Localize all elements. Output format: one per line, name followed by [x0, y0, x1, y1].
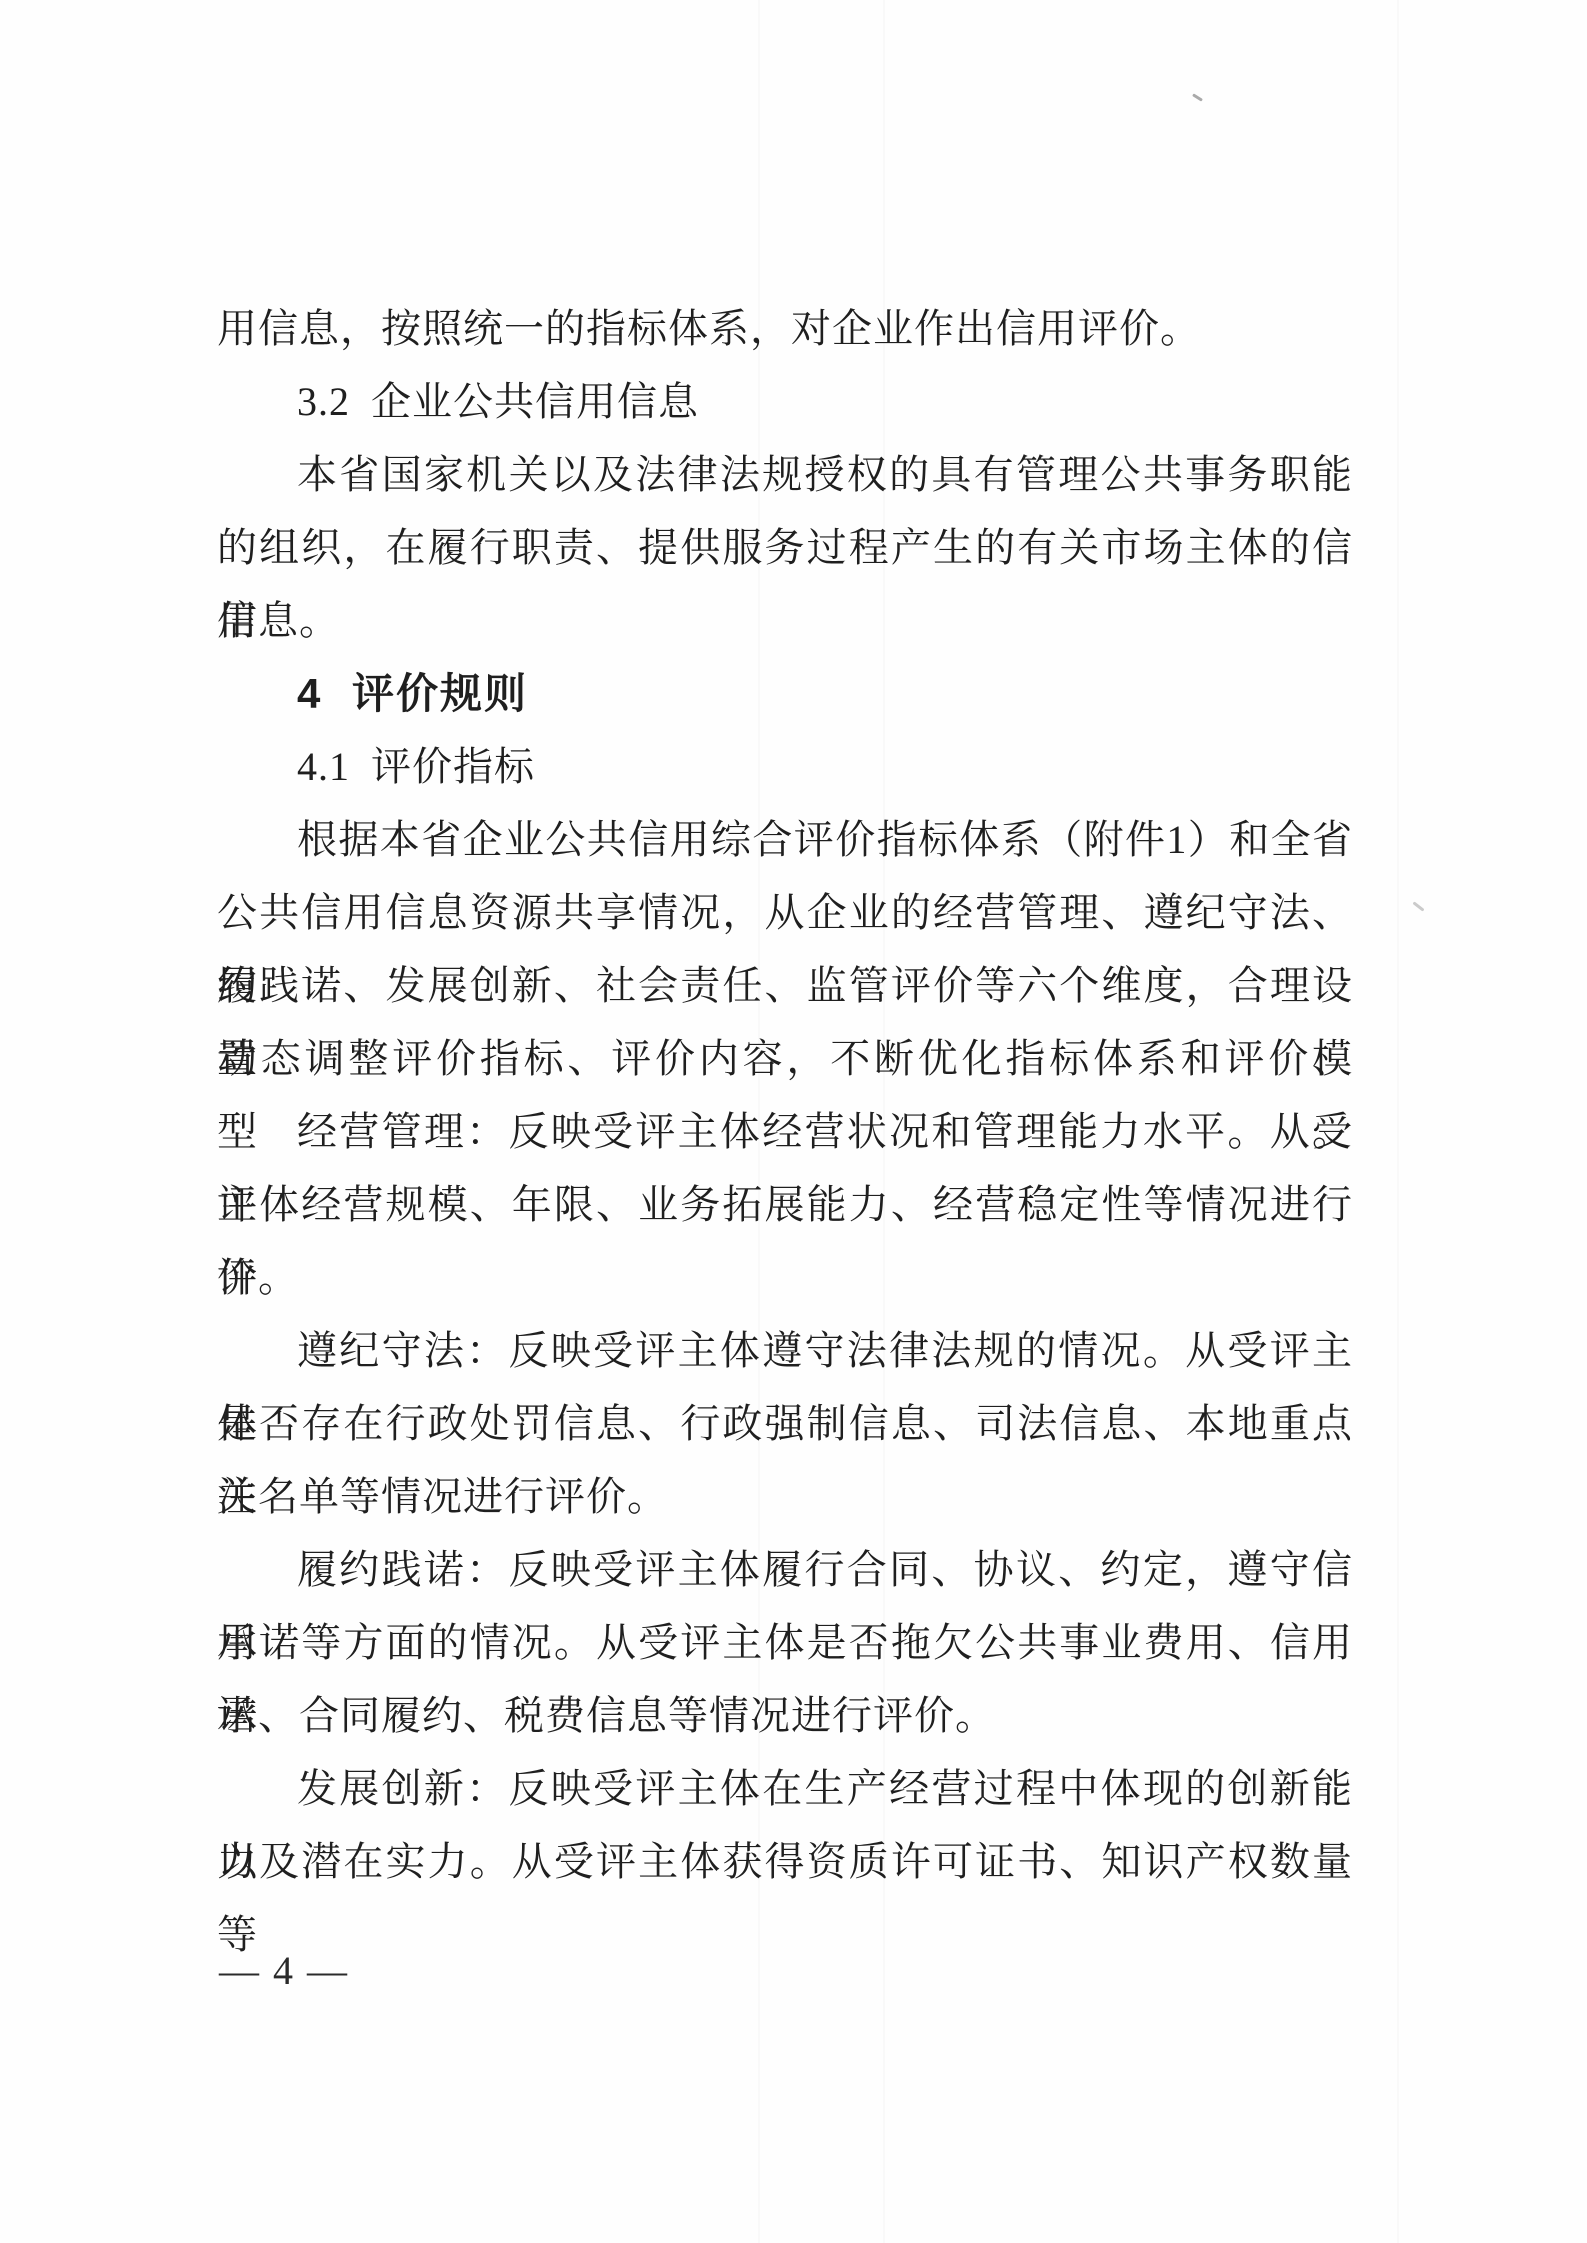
paragraph-line: 动态调整评价指标、评价内容，不断优化指标体系和评价模型。 [217, 1022, 1353, 1095]
page-number: — 4 — [219, 1948, 349, 1994]
scan-speck-artifact [1412, 901, 1424, 911]
paragraph-line: 经营管理：反映受评主体经营状况和管理能力水平。从受评 [217, 1095, 1353, 1168]
section-heading-3-2: 3.2 企业公共信用信息 [217, 365, 1353, 438]
scan-band-artifact [1397, 0, 1399, 2243]
paragraph-line: 根据本省企业公共信用综合评价指标体系（附件1）和全省 [217, 803, 1353, 876]
paragraph-line: 是否存在行政处罚信息、行政强制信息、司法信息、本地重点关 [217, 1387, 1353, 1460]
text-block: 用信息，按照统一的指标体系，对企业作出信用评价。 3.2 企业公共信用信息 本省… [217, 292, 1353, 1898]
paragraph-line: 诺、合同履约、税费信息等情况进行评价。 [217, 1679, 1353, 1752]
paragraph-line: 的组织，在履行职责、提供服务过程产生的有关市场主体的信用 [217, 511, 1353, 584]
paragraph-tail-line: 用信息，按照统一的指标体系，对企业作出信用评价。 [217, 292, 1353, 365]
paragraph-line: 以及潜在实力。从受评主体获得资质许可证书、知识产权数量等 [217, 1825, 1353, 1898]
document-page: 用信息，按照统一的指标体系，对企业作出信用评价。 3.2 企业公共信用信息 本省… [0, 0, 1587, 2243]
paragraph-line: 信息。 [217, 584, 1353, 657]
paragraph-line: 遵纪守法：反映受评主体遵守法律法规的情况。从受评主体 [217, 1314, 1353, 1387]
section-heading-4: 4 评价规则 [217, 657, 1353, 730]
paragraph-line: 主体经营规模、年限、业务拓展能力、经营稳定性等情况进行评 [217, 1168, 1353, 1241]
paragraph-line: 发展创新：反映受评主体在生产经营过程中体现的创新能力 [217, 1752, 1353, 1825]
section-heading-4-1: 4.1 评价指标 [217, 730, 1353, 803]
paragraph-line: 履约践诺：反映受评主体履行合同、协议、约定，遵守信用 [217, 1533, 1353, 1606]
paragraph-line: 承诺等方面的情况。从受评主体是否拖欠公共事业费用、信用承 [217, 1606, 1353, 1679]
paragraph-line: 约践诺、发展创新、社会责任、监管评价等六个维度，合理设置、 [217, 949, 1353, 1022]
paragraph-line: 本省国家机关以及法律法规授权的具有管理公共事务职能 [217, 438, 1353, 511]
paragraph-line: 价。 [217, 1241, 1353, 1314]
paragraph-line: 注名单等情况进行评价。 [217, 1460, 1353, 1533]
scan-speck-artifact [1192, 93, 1203, 101]
paragraph-line: 公共信用信息资源共享情况，从企业的经营管理、遵纪守法、履 [217, 876, 1353, 949]
